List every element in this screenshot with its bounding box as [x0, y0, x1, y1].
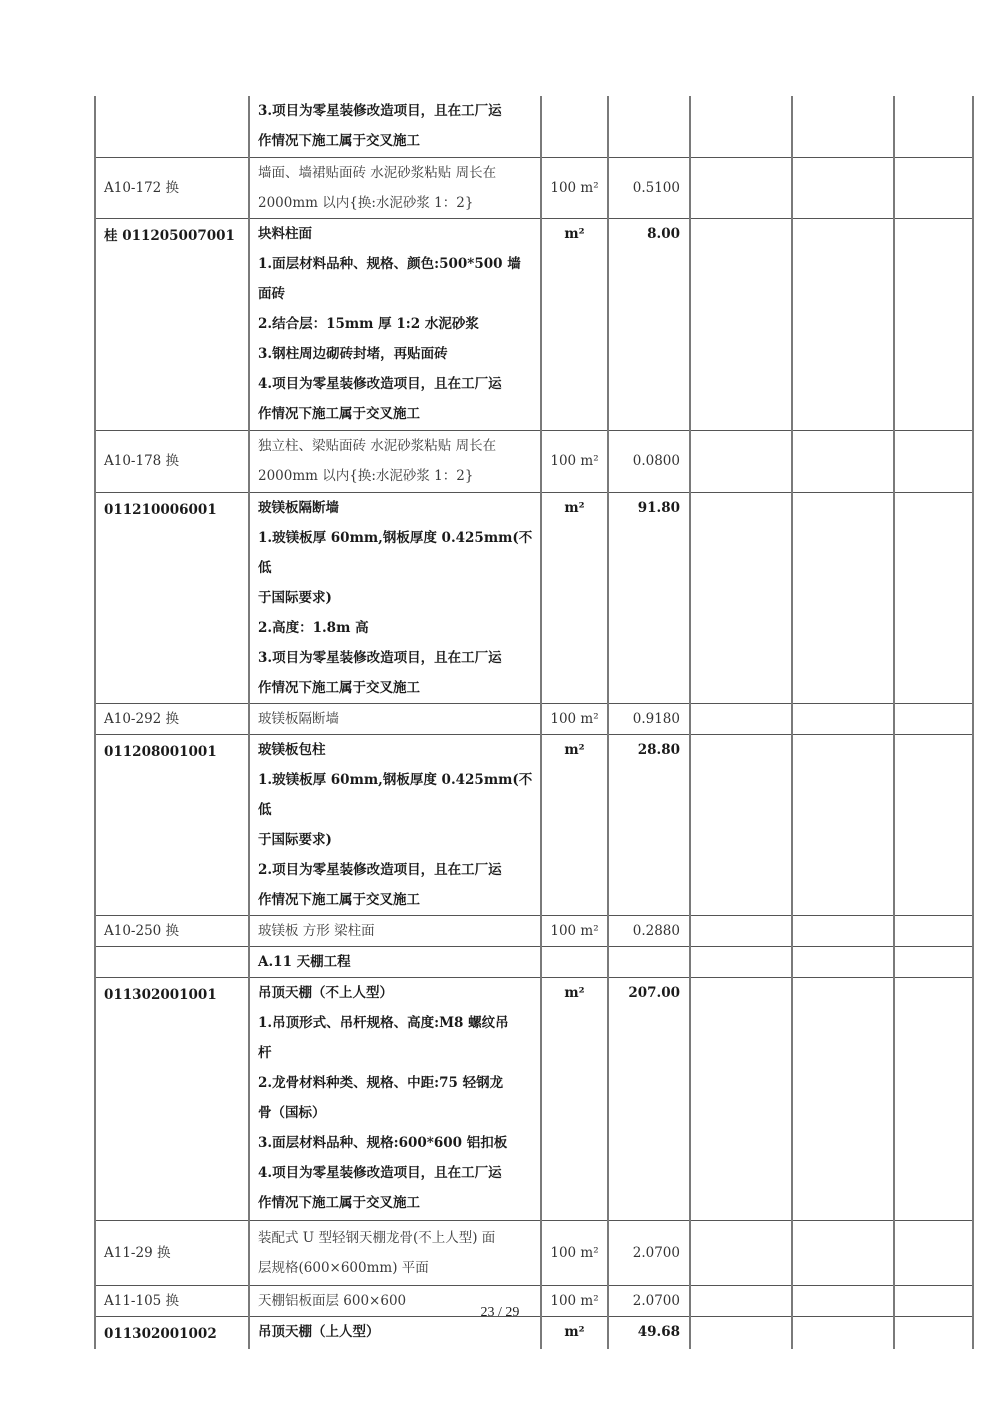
cell-amount	[792, 703, 894, 734]
description-line: 2.高度：1.8m 高	[258, 613, 534, 643]
cell-amount	[792, 977, 894, 1220]
description-line: 1.面层材料品种、规格、颜色:500*500 墙	[258, 249, 534, 279]
description-line: 2.结合层：15mm 厚 1:2 水泥砂浆	[258, 309, 534, 339]
cell-unit: m²	[541, 218, 608, 430]
description-line: 2000mm 以内{换:水泥砂浆 1：2}	[258, 461, 534, 491]
cell-code	[95, 946, 249, 977]
description-line: 3.项目为零星装修改造项目，且在工厂运	[258, 96, 534, 126]
table-body: 3.项目为零星装修改造项目，且在工厂运作情况下施工属于交叉施工A10-172 换…	[95, 96, 973, 1349]
cell-code: 011208001001	[95, 734, 249, 915]
cell-code: 011210006001	[95, 492, 249, 703]
cell-amount	[792, 946, 894, 977]
description-line: 1.吊顶形式、吊杆规格、高度:M8 螺纹吊	[258, 1008, 534, 1038]
table-row: 桂 011205007001块料柱面1.面层材料品种、规格、颜色:500*500…	[95, 218, 973, 430]
cell-description: 装配式 U 型轻钢天棚龙骨(不上人型) 面层规格(600×600mm) 平面	[249, 1220, 541, 1285]
description-line: 4.项目为零星装修改造项目，且在工厂运	[258, 1158, 534, 1188]
cell-unit: 100 m²	[541, 1220, 608, 1285]
description-line: 作情况下施工属于交叉施工	[258, 1188, 534, 1218]
cell-unit-price	[690, 915, 792, 946]
description-line: 4.项目为零星装修改造项目，且在工厂运	[258, 369, 534, 399]
cell-description: A.11 天棚工程	[249, 946, 541, 977]
description-line: 吊顶天棚（不上人型）	[258, 978, 534, 1008]
description-line: 杆	[258, 1038, 534, 1068]
cell-description: 玻镁板包柱1.玻镁板厚 60mm,钢板厚度 0.425mm(不低于国际要求)2.…	[249, 734, 541, 915]
description-line: 吊顶天棚（上人型）	[258, 1317, 534, 1347]
cell-remarks	[894, 1220, 973, 1285]
cell-remarks	[894, 703, 973, 734]
cell-description: 3.项目为零星装修改造项目，且在工厂运作情况下施工属于交叉施工	[249, 96, 541, 157]
cell-unit: 100 m²	[541, 703, 608, 734]
description-line: 作情况下施工属于交叉施工	[258, 885, 534, 915]
cell-unit-price	[690, 946, 792, 977]
description-line: 1.玻镁板厚 60mm,钢板厚度 0.425mm(不低	[258, 765, 534, 825]
table-row: 011302001001吊顶天棚（不上人型）1.吊顶形式、吊杆规格、高度:M8 …	[95, 977, 973, 1220]
quota-row: A10-292 换玻镁板隔断墙100 m²0.9180	[95, 703, 973, 734]
cell-remarks	[894, 492, 973, 703]
cell-remarks	[894, 946, 973, 977]
description-line: 作情况下施工属于交叉施工	[258, 673, 534, 703]
cell-quantity	[608, 96, 690, 157]
cell-quantity: 2.0700	[608, 1220, 690, 1285]
bill-of-quantities-table: 3.项目为零星装修改造项目，且在工厂运作情况下施工属于交叉施工A10-172 换…	[94, 96, 974, 1349]
description-line: 2000mm 以内{换:水泥砂浆 1：2}	[258, 188, 534, 218]
cell-unit-price	[690, 703, 792, 734]
cell-remarks	[894, 96, 973, 157]
cell-code: A10-250 换	[95, 915, 249, 946]
description-line: 2.项目为零星装修改造项目，且在工厂运	[258, 855, 534, 885]
cell-unit-price	[690, 977, 792, 1220]
cell-quantity: 207.00	[608, 977, 690, 1220]
description-line: 3.项目为零星装修改造项目，且在工厂运	[258, 643, 534, 673]
cell-quantity	[608, 946, 690, 977]
cell-unit-price	[690, 492, 792, 703]
description-line: 3.面层材料品种、规格:600*600 铝扣板	[258, 1128, 534, 1158]
cell-code	[95, 96, 249, 157]
quota-row: A10-172 换墙面、墙裙贴面砖 水泥砂浆粘贴 周长在2000mm 以内{换:…	[95, 157, 973, 218]
table-row: 3.项目为零星装修改造项目，且在工厂运作情况下施工属于交叉施工	[95, 96, 973, 157]
description-line: 独立柱、梁贴面砖 水泥砂浆粘贴 周长在	[258, 431, 534, 461]
description-line: 1.玻镁板厚 60mm,钢板厚度 0.425mm(不低	[258, 523, 534, 583]
cell-unit-price	[690, 734, 792, 915]
description-line: 玻镁板 方形 梁柱面	[258, 916, 534, 946]
cell-description: 吊顶天棚（不上人型）1.吊顶形式、吊杆规格、高度:M8 螺纹吊杆2.龙骨材料种类…	[249, 977, 541, 1220]
description-line: 装配式 U 型轻钢天棚龙骨(不上人型) 面	[258, 1223, 534, 1253]
cell-code: A10-178 换	[95, 430, 249, 492]
cell-remarks	[894, 218, 973, 430]
cell-remarks	[894, 915, 973, 946]
cell-unit	[541, 946, 608, 977]
description-line: 墙面、墙裙贴面砖 水泥砂浆粘贴 周长在	[258, 158, 534, 188]
quota-row: A10-178 换独立柱、梁贴面砖 水泥砂浆粘贴 周长在2000mm 以内{换:…	[95, 430, 973, 492]
cell-unit-price	[690, 1220, 792, 1285]
cell-unit	[541, 96, 608, 157]
page-number: 23 / 29	[0, 1305, 1000, 1321]
description-line: 玻镁板隔断墙	[258, 704, 534, 734]
cell-code: A11-29 换	[95, 1220, 249, 1285]
cell-remarks	[894, 734, 973, 915]
cell-quantity: 91.80	[608, 492, 690, 703]
cell-code: 011302001001	[95, 977, 249, 1220]
description-line: A.11 天棚工程	[258, 947, 534, 977]
description-line: 层规格(600×600mm) 平面	[258, 1253, 534, 1283]
description-line: 于国际要求)	[258, 825, 534, 855]
cell-code: A10-292 换	[95, 703, 249, 734]
cell-amount	[792, 492, 894, 703]
cell-description: 独立柱、梁贴面砖 水泥砂浆粘贴 周长在2000mm 以内{换:水泥砂浆 1：2}	[249, 430, 541, 492]
cell-unit-price	[690, 96, 792, 157]
cell-amount	[792, 96, 894, 157]
cell-unit: m²	[541, 734, 608, 915]
cell-description: 块料柱面1.面层材料品种、规格、颜色:500*500 墙面砖2.结合层：15mm…	[249, 218, 541, 430]
description-line: 块料柱面	[258, 219, 534, 249]
cell-amount	[792, 734, 894, 915]
cell-unit-price	[690, 218, 792, 430]
description-line: 3.钢柱周边砌砖封堵，再贴面砖	[258, 339, 534, 369]
cell-remarks	[894, 977, 973, 1220]
description-line: 骨（国标）	[258, 1098, 534, 1128]
cell-unit: 100 m²	[541, 430, 608, 492]
description-line: 作情况下施工属于交叉施工	[258, 399, 534, 429]
cell-quantity: 28.80	[608, 734, 690, 915]
cell-amount	[792, 430, 894, 492]
description-line: 面砖	[258, 279, 534, 309]
cell-code: A10-172 换	[95, 157, 249, 218]
cell-unit: m²	[541, 977, 608, 1220]
description-line: 作情况下施工属于交叉施工	[258, 126, 534, 156]
cell-remarks	[894, 157, 973, 218]
cell-unit-price	[690, 157, 792, 218]
cell-unit: 100 m²	[541, 915, 608, 946]
cell-description: 墙面、墙裙贴面砖 水泥砂浆粘贴 周长在2000mm 以内{换:水泥砂浆 1：2}	[249, 157, 541, 218]
cell-quantity: 0.2880	[608, 915, 690, 946]
cell-description: 玻镁板隔断墙	[249, 703, 541, 734]
cell-quantity: 0.9180	[608, 703, 690, 734]
cell-remarks	[894, 430, 973, 492]
table-row: 011208001001玻镁板包柱1.玻镁板厚 60mm,钢板厚度 0.425m…	[95, 734, 973, 915]
cell-amount	[792, 218, 894, 430]
cell-code: 桂 011205007001	[95, 218, 249, 430]
cell-unit-price	[690, 430, 792, 492]
quota-row: A10-250 换玻镁板 方形 梁柱面100 m²0.2880	[95, 915, 973, 946]
description-line: 玻镁板包柱	[258, 735, 534, 765]
description-line: 玻镁板隔断墙	[258, 493, 534, 523]
table-row: 011210006001玻镁板隔断墙1.玻镁板厚 60mm,钢板厚度 0.425…	[95, 492, 973, 703]
cell-amount	[792, 157, 894, 218]
cell-quantity: 0.5100	[608, 157, 690, 218]
document-page: 3.项目为零星装修改造项目，且在工厂运作情况下施工属于交叉施工A10-172 换…	[0, 0, 1000, 1414]
cell-amount	[792, 1220, 894, 1285]
cell-quantity: 8.00	[608, 218, 690, 430]
cell-amount	[792, 915, 894, 946]
cell-unit: 100 m²	[541, 157, 608, 218]
cell-description: 玻镁板 方形 梁柱面	[249, 915, 541, 946]
description-line: 于国际要求)	[258, 583, 534, 613]
cell-description: 玻镁板隔断墙1.玻镁板厚 60mm,钢板厚度 0.425mm(不低于国际要求)2…	[249, 492, 541, 703]
section-row: A.11 天棚工程	[95, 946, 973, 977]
quota-row: A11-29 换装配式 U 型轻钢天棚龙骨(不上人型) 面层规格(600×600…	[95, 1220, 973, 1285]
cell-unit: m²	[541, 492, 608, 703]
description-line: 2.龙骨材料种类、规格、中距:75 轻钢龙	[258, 1068, 534, 1098]
cell-quantity: 0.0800	[608, 430, 690, 492]
